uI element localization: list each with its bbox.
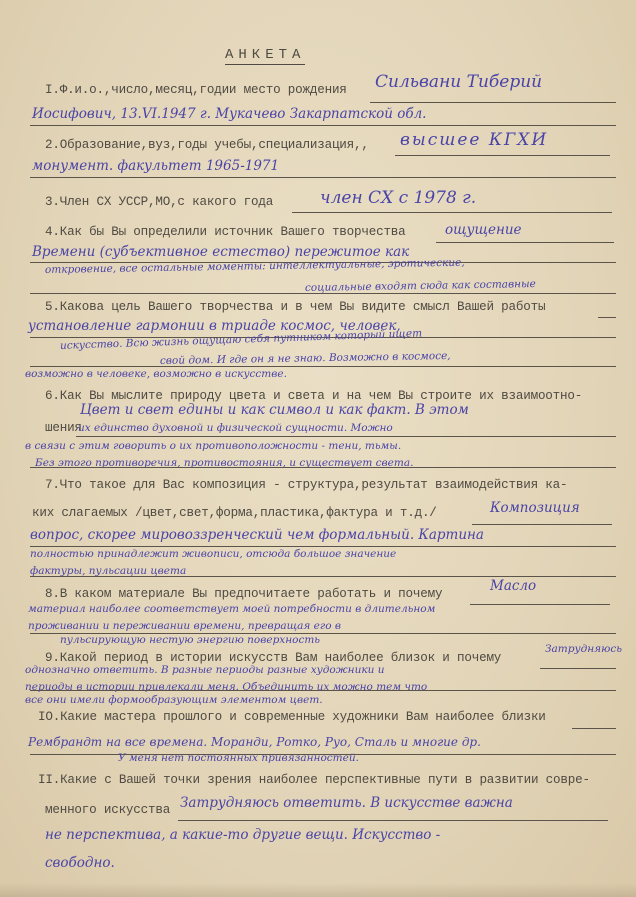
answer-10-line-2: У меня нет постоянных привязанностей. [118,752,359,764]
answer-1-line-2: Иосифович, 13.VI.1947 г. Мукачево Закарп… [32,106,426,122]
answer-7-line-1: Композиция [490,500,580,516]
answer-5-line-4: возможно в человеке, возможно в искусств… [25,368,287,380]
answer-rule [395,155,610,156]
question-7-line-2: ких слагаемых /цвет,свет,форма,пластика,… [32,506,437,520]
answer-8-line-1: Масло [490,578,536,594]
answer-rule [292,212,612,213]
answer-8-line-2: материал наиболее соответствует моей пот… [28,603,435,615]
question-10: IO.Какие мастера прошлого и современные … [38,710,546,724]
answer-rule [30,125,616,126]
answer-6-line-2: их единство духовной и физической сущнос… [78,422,393,434]
answer-6-line-1: Цвет и свет едины и как символ и как фак… [80,402,469,418]
answer-11-line-3: свободно. [45,855,115,871]
answer-rule [30,690,616,691]
answer-11-line-1: Затрудняюсь ответить. В искусстве важна [180,795,513,811]
question-4: 4.Как бы Вы определили источник Вашего т… [45,225,406,239]
answer-9-line-3: периоды в истории привлекали меня. Объед… [25,681,427,693]
answer-rule [470,604,610,605]
question-1: I.Ф.и.о.,число,месяц,годии место рождени… [45,83,347,97]
answer-rule [30,546,616,547]
answer-10-line-1: Рембрандт на все времена. Моранди, Ротко… [28,735,481,749]
answer-7-line-3: полностью принадлежит живописи, отсюда б… [30,548,396,560]
answer-8-line-3: проживании и переживании времени, превра… [28,620,341,632]
answer-rule [540,668,616,669]
answer-4-line-1: ощущение [445,222,522,238]
answer-9-line-4: все они имели формообразующим элементом … [25,694,323,706]
answer-6-line-3: в связи с этим говорить о их противополо… [25,440,401,452]
answer-rule [30,293,616,294]
answer-rule [76,436,616,437]
answer-9-line-2: однозначно ответить. В разные периоды ра… [25,664,384,676]
answer-rule [30,576,616,577]
answer-4-line-2: Времени (субъективное естество) пережито… [32,244,409,260]
answer-1-line-1: Сильвани Тиберий [375,72,542,92]
answer-rule [572,728,616,729]
answer-11-line-2: не перспектива, а какие-то другие вещи. … [45,827,440,843]
question-11-line-1: II.Какие с Вашей точки зрения наиболее п… [38,773,590,787]
question-9: 9.Какой период в истории искусств Вам на… [45,651,501,665]
answer-rule [178,820,608,821]
answer-2-line-2: монумент. факультет 1965-1971 [32,158,279,174]
question-6-line-1: 6.Как Вы мыслите природу цвета и света и… [45,389,582,403]
question-2: 2.Образование,вуз,годы учебы,специализац… [45,138,369,152]
answer-rule [30,177,616,178]
question-11-line-2: менного искусства [45,803,170,817]
answer-2-line-1: высшее КГХИ [400,130,548,150]
answer-rule [598,317,616,318]
question-3: 3.Член СХ УССР,МО,с какого года [45,195,273,209]
answer-7-line-2: вопрос, скорее мировоззренческий чем фор… [30,527,484,543]
question-5: 5.Какова цель Вашего творчества и в чем … [45,300,545,314]
question-7-line-1: 7.Что такое для Вас композиция - структу… [45,478,567,492]
document-title: АНКЕТА [225,47,305,65]
answer-rule [30,366,616,367]
answer-rule [370,102,616,103]
answer-8-line-4: пульсирующую нестую энергию поверхность [60,634,320,646]
question-8: 8.В каком материале Вы предпочитаете раб… [45,587,442,601]
answer-rule [472,524,612,525]
answer-9-line-1: Затрудняюсь [545,643,622,655]
answer-3-line-1: член СХ с 1978 г. [320,188,476,208]
answer-rule [30,467,616,468]
question-6-line-2: шения [45,421,82,435]
answer-rule [436,242,614,243]
